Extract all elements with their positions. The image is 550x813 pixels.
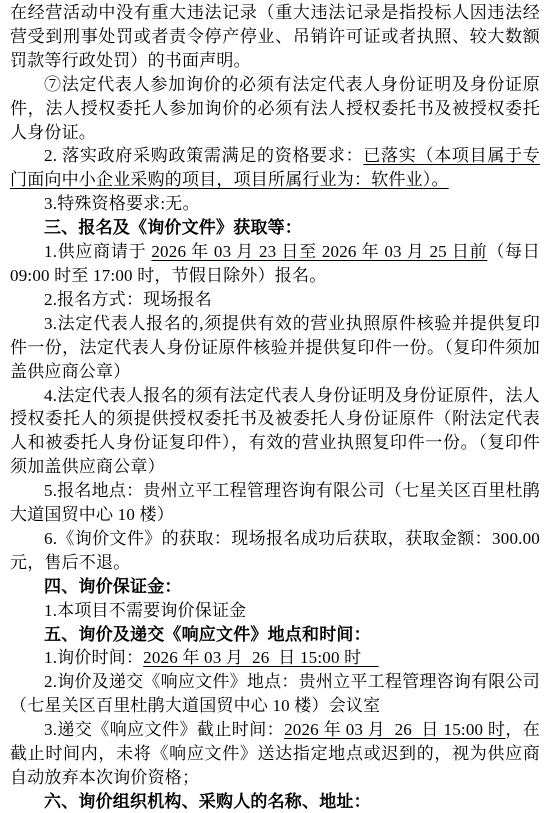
paragraph-submission-place: 2.询价及递交《响应文件》地点：贵州立平工程管理咨询有限公司（七星关区百里杜鹃大… (10, 670, 540, 718)
heading-section4-deposit: 四、询价保证金： (10, 575, 540, 599)
paragraph-text: 1.供应商请于 (44, 242, 151, 261)
document-page: 在经营活动中没有重大违法记录（重大违法记录是指投标人因违法经营受到刑事处罚或者责… (0, 0, 550, 813)
paragraph-document-acquisition-fee: 6.《询价文件》的获取：现场报名成功后获取，获取金额：300.00 元，售后不退… (10, 527, 540, 575)
paragraph-registration-method: 2.报名方式：现场报名 (10, 288, 540, 312)
paragraph-legal-rep-registration-docs: 3.法定代表人报名的,须提供有效的营业执照原件核验并提供复印件一份，法定代表人身… (10, 312, 540, 384)
paragraph-text: 1.询价时间： (44, 648, 143, 667)
paragraph-policy-qualification: 2. 落实政府采购政策需满足的资格要求：已落实（本项目属于专门面向中小企业采购的… (10, 144, 540, 192)
heading-text: 六、询价组织机构、采购人的名称、地址： (44, 792, 371, 811)
underlined-submission-deadline: 2026 年 03 月 26 日 15:00 时 (284, 720, 505, 739)
paragraph-submission-deadline: 3.递交《响应文件》截止时间：2026 年 03 月 26 日 15:00 时，… (10, 718, 540, 790)
heading-section6-organizer-purchaser: 六、询价组织机构、采购人的名称、地址： (10, 790, 540, 813)
paragraph-text: 6.《询价文件》的获取：现场报名成功后获取，获取金额：300.00 元，售后不退… (10, 529, 540, 572)
paragraph-no-deposit-required: 1.本项目不需要询价保证金 (10, 599, 540, 623)
heading-section3-registration: 三、报名及《询价文件》获取等： (10, 216, 540, 240)
paragraph-legal-rep-attendance: ⑦法定代表人参加询价的必须有法定代表人身份证明及身份证原件，法人授权委托人参加询… (10, 73, 540, 145)
paragraph-text: 1.本项目不需要询价保证金 (44, 601, 246, 620)
underlined-registration-dates: 2026 年 03 月 23 日至 2026 年 03 月 25 日前 (151, 242, 487, 261)
paragraph-text: 5.报名地点：贵州立平工程管理咨询有限公司（七星关区百里杜鹃大道国贸中心 10 … (10, 481, 540, 524)
paragraph-violation-record-declaration: 在经营活动中没有重大违法记录（重大违法记录是指投标人因违法经营受到刑事处罚或者责… (10, 1, 540, 73)
paragraph-text: 3.特殊资格要求:无。 (44, 194, 200, 213)
paragraph-text: 2.报名方式：现场报名 (44, 290, 212, 309)
heading-section5-time-place: 五、询价及递交《响应文件》地点和时间： (10, 623, 540, 647)
paragraph-text: 3.递交《响应文件》截止时间： (44, 720, 284, 739)
paragraph-text: 4.法定代表人报名的须有法定代表人身份证明及身份证原件，法人授权委托人的须提供授… (10, 386, 540, 477)
paragraph-text: 在经营活动中没有重大违法记录（重大违法记录是指投标人因违法经营受到刑事处罚或者责… (10, 3, 540, 70)
underlined-inquiry-time: 2026 年 03 月 26 日 15:00 时 (143, 648, 378, 667)
paragraph-registration-period: 1.供应商请于 2026 年 03 月 23 日至 2026 年 03 月 25… (10, 240, 540, 288)
heading-text: 五、询价及递交《响应文件》地点和时间： (44, 625, 371, 644)
paragraph-special-qualification: 3.特殊资格要求:无。 (10, 192, 540, 216)
paragraph-authorized-agent-registration-docs: 4.法定代表人报名的须有法定代表人身份证明及身份证原件，法人授权委托人的须提供授… (10, 384, 540, 480)
paragraph-registration-location: 5.报名地点：贵州立平工程管理咨询有限公司（七星关区百里杜鹃大道国贸中心 10 … (10, 479, 540, 527)
heading-text: 四、询价保证金： (44, 577, 182, 596)
paragraph-inquiry-time: 1.询价时间：2026 年 03 月 26 日 15:00 时 (10, 646, 540, 670)
paragraph-text: 2.询价及递交《响应文件》地点：贵州立平工程管理咨询有限公司（七星关区百里杜鹃大… (10, 672, 540, 715)
paragraph-text: 3.法定代表人报名的,须提供有效的营业执照原件核验并提供复印件一份，法定代表人身… (10, 314, 540, 381)
paragraph-text: ⑦法定代表人参加询价的必须有法定代表人身份证明及身份证原件，法人授权委托人参加询… (10, 75, 540, 142)
paragraph-text: 2. 落实政府采购政策需满足的资格要求： (44, 146, 363, 165)
heading-text: 三、报名及《询价文件》获取等： (44, 218, 302, 237)
